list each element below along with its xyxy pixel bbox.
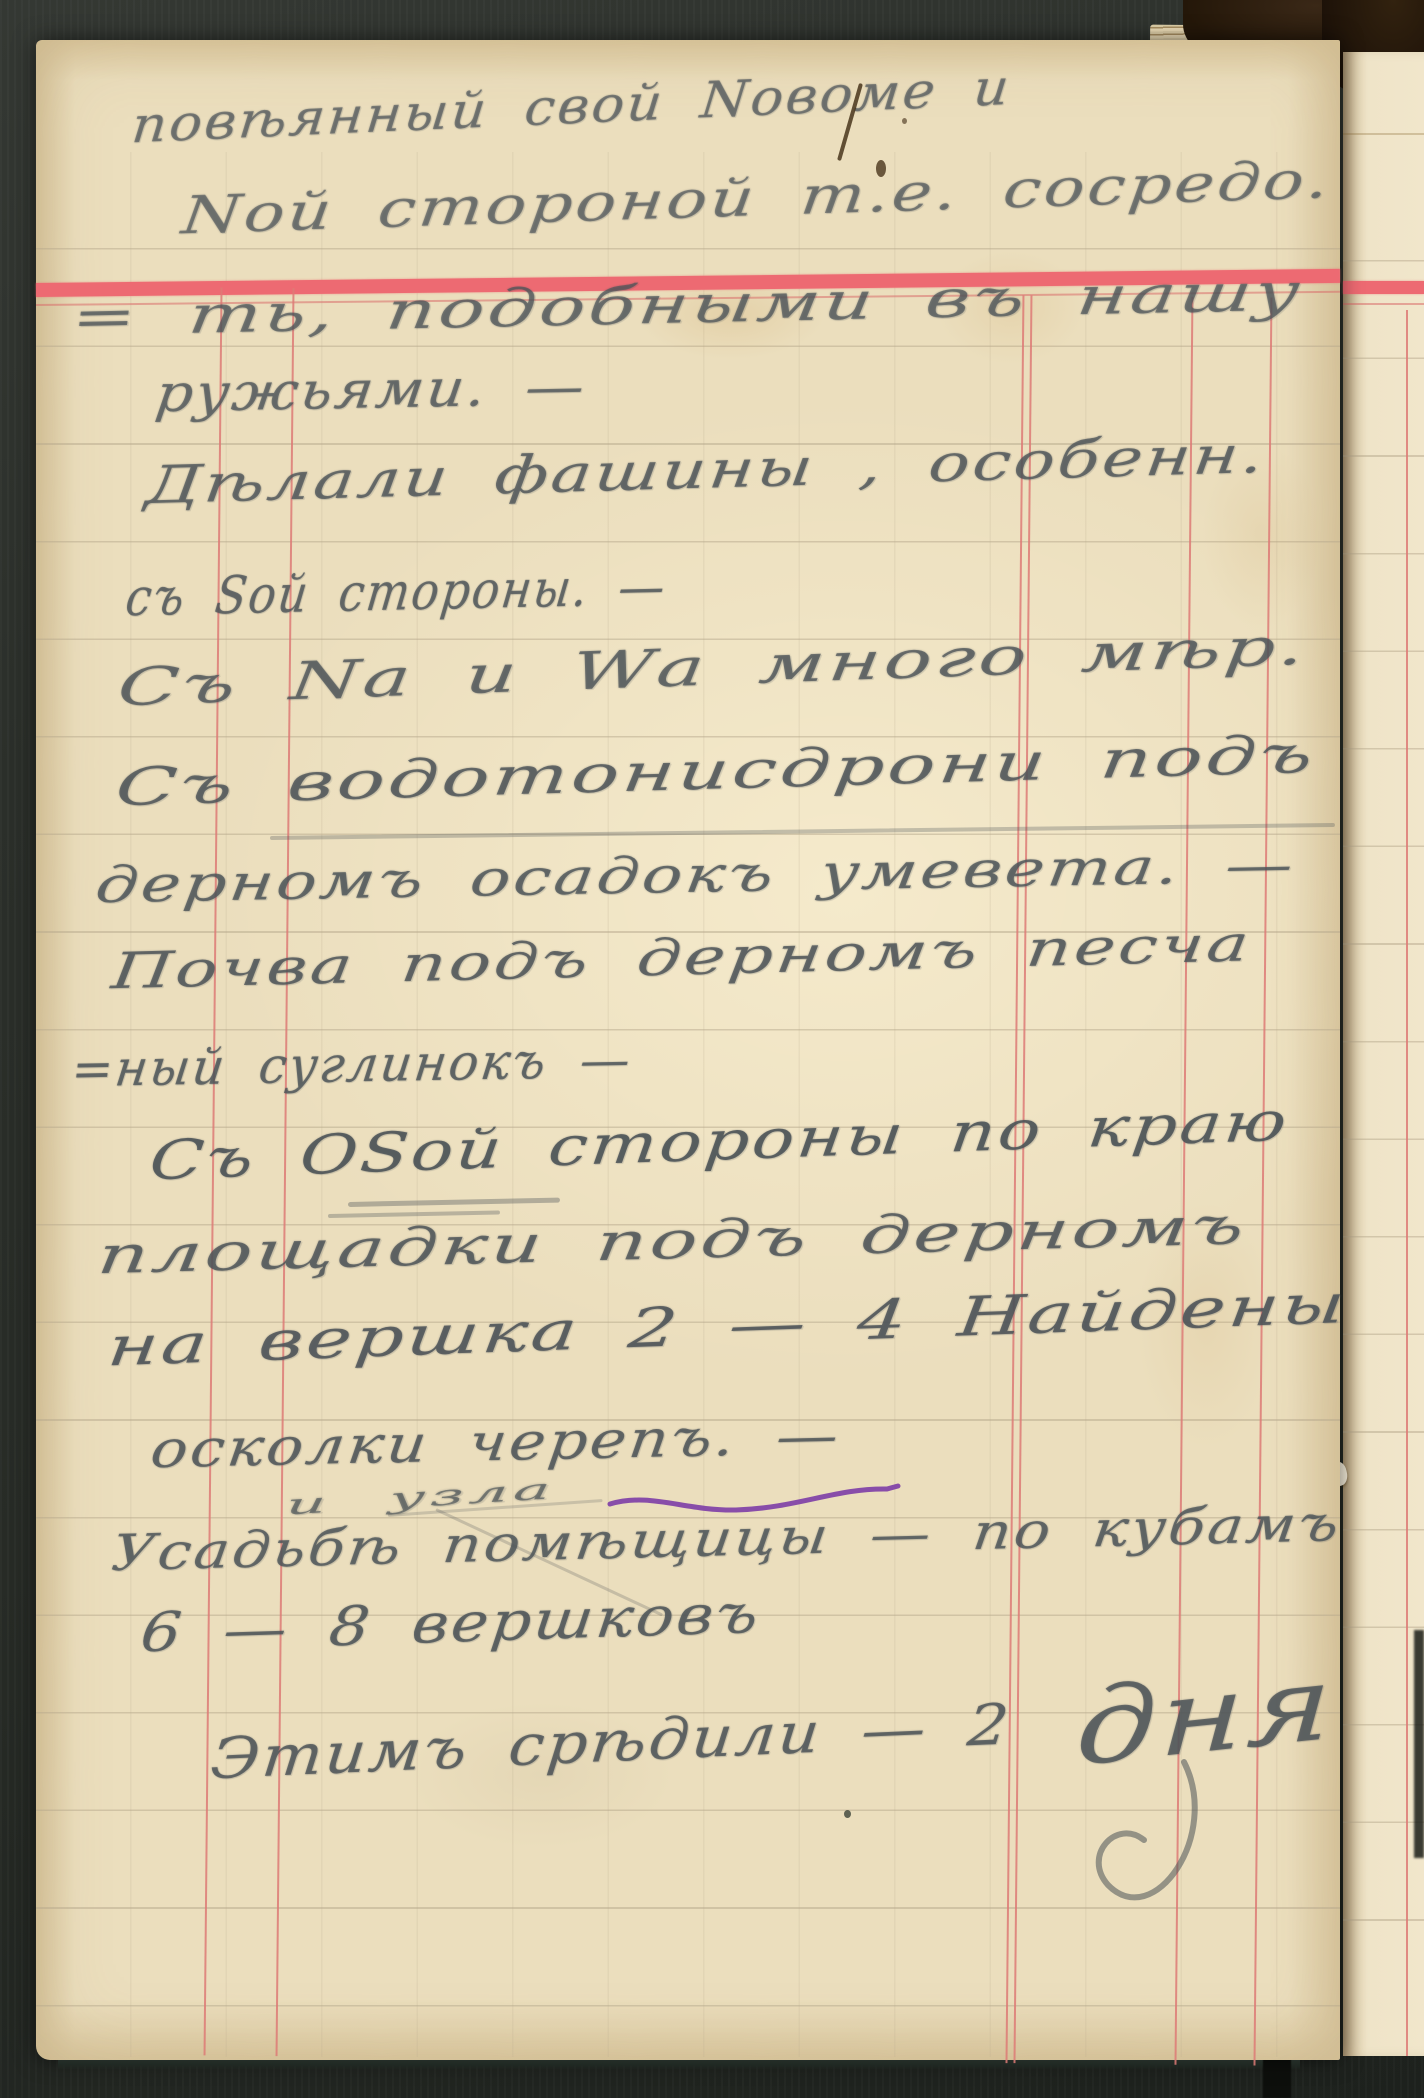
handwriting-line-6: съ Sой стороны. —: [123, 558, 670, 626]
edge-shadow-notch: [1414, 1630, 1424, 1858]
ruled-lines-right: [1343, 164, 1424, 1964]
handwriting-flourish: дня: [1074, 1646, 1336, 1787]
handwriting-line-10: Почва подъ дерномъ песча: [109, 916, 1255, 999]
handwriting-line-14: на вершка 2 — 4 Найдены: [105, 1274, 1351, 1377]
right-page-red-line: [1343, 303, 1424, 305]
handwriting-line-8: Съ водотонисдрони подъ: [113, 726, 1319, 817]
handwriting-layer: повѣянный свой Nовоме иNой стороной т.е.…: [36, 40, 1340, 2060]
handwriting-line-7: Съ Nа и Wа много мѣр.: [115, 618, 1310, 717]
handwriting-line-5: Дѣлали фашины , особенн.: [143, 427, 1269, 516]
adjacent-page-edge: [1343, 52, 1424, 2056]
right-page-fold: [1343, 133, 1424, 135]
handwriting-line-1: повѣянный свой Nовоме и: [129, 59, 1013, 152]
brown-ink-dot: [902, 118, 907, 124]
handwriting-line-11: =ный суглинокъ —: [69, 1032, 636, 1097]
handwriting-line-15: осколки черепъ. —: [148, 1407, 844, 1479]
right-page-pink-rule: [1343, 281, 1424, 294]
handwriting-line-17: 6 — 8 вершковъ: [138, 1584, 764, 1663]
handwriting-line-3: = ть, подобными въ нашу: [69, 264, 1306, 347]
handwriting-line-12: Съ ОSой стороны по краю: [147, 1092, 1292, 1191]
handwriting-line-13: площадки подъ дерномъ: [95, 1198, 1250, 1285]
handwriting-line-4: ружьями. —: [152, 358, 589, 423]
right-page-margin-line: [1406, 310, 1408, 2056]
scanned-notebook-photo: повѣянный свой Nовоме иNой стороной т.е.…: [0, 0, 1424, 2098]
handwriting-line-2: Nой стороной т.е. сосредо.: [179, 152, 1334, 245]
handwriting-line-18: Этимъ срѣдили — 2: [208, 1695, 1014, 1792]
handwriting-line-9: дерномъ осадокъ умевета. —: [93, 837, 1299, 913]
brown-ink-blob: [876, 160, 886, 177]
notebook-page: повѣянный свой Nовоме иNой стороной т.е.…: [36, 40, 1340, 2060]
